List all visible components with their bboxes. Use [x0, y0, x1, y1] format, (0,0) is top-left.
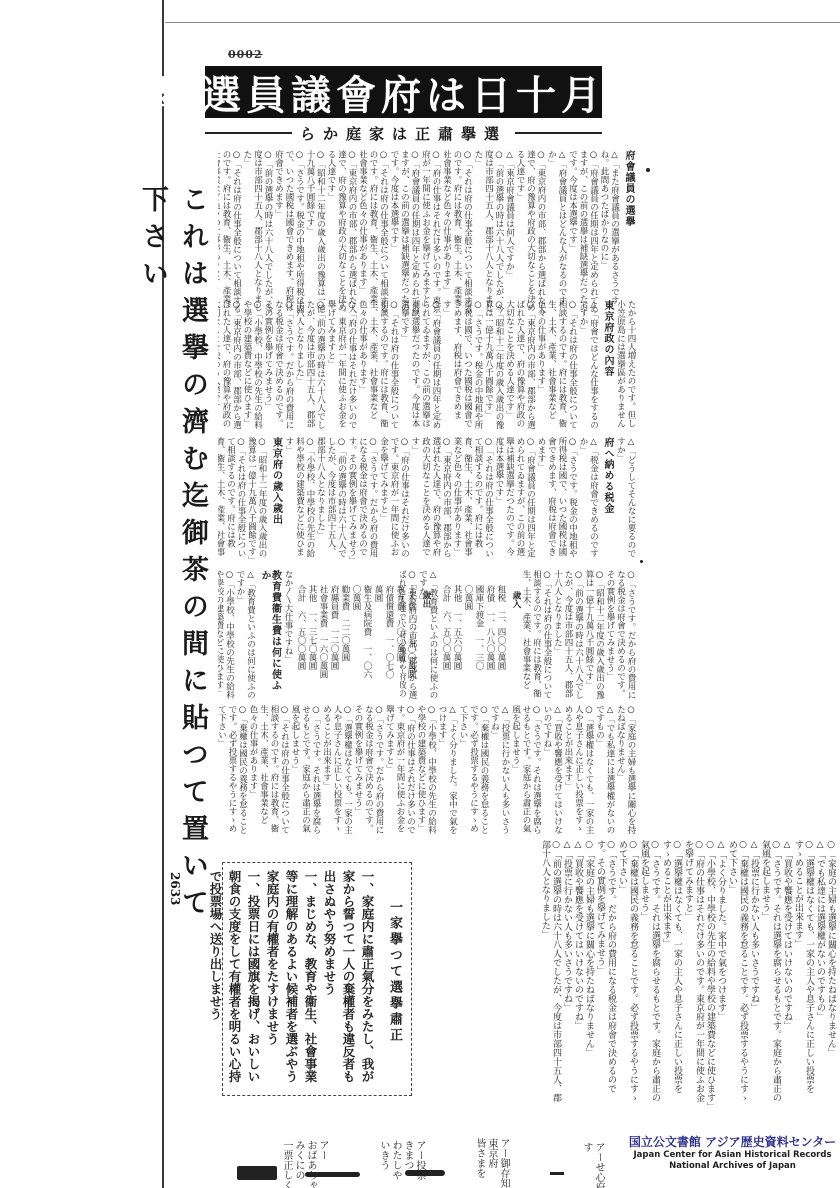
paragraph: ○「前の選擧の時は六十八人でしたが、今度は市部四十五人、郡部十八人となりました」: [242, 150, 274, 315]
paragraph: ○「さうです。税金の中地租や所得税は國で、いつた國税は國會できめます、府税は府會…: [536, 437, 578, 562]
paragraph: なか〳〵大仕事ですね」: [283, 570, 294, 700]
expenditure-value: 一、七〇〇萬圓: [406, 619, 416, 679]
paragraph: ○「小學校、中學校の先生の給料や學校の建築費などに使ひます」: [242, 300, 263, 430]
expenditure-value: 一六〇萬圓: [318, 636, 328, 679]
expenditure-label: 社會事業費: [318, 585, 328, 628]
expenditure-label: 合計: [296, 585, 306, 602]
paragraph: △「でも私達には選擧權がないのですもの」: [814, 840, 825, 1110]
archive-name-en-2: National Archives of Japan: [625, 1161, 840, 1172]
subheadline: 選擧肅正は家庭から: [205, 122, 602, 144]
paragraph: △「府會ではどんな仕事をするのですか」: [578, 300, 599, 430]
paragraph: たから十四人増えたのです。但し小笠原島には選擧區がありません: [615, 300, 636, 430]
paragraph: ○「棄權は國民の義務を怠ることです。必ず投票するやうにすゝめて下さい」: [616, 840, 638, 1110]
paragraph: △「府會議員とはどんな人がなるのですか」: [546, 150, 567, 315]
revenue-label: 租税: [496, 585, 506, 602]
section-heading: 東京府の歲入歲出: [267, 437, 284, 562]
subheadline-rule-right: [515, 132, 602, 134]
paragraph: ○「前の選擧の時は六十八人でしたが、今度は市部四十五人、郡部十八人となりました」: [315, 437, 347, 562]
paragraph: ○「それは府の仕事全般について相談するのです。府には教育、衞生、土木、產業、社會…: [218, 437, 246, 562]
paragraph: △「また府會議員の選擧があるさうですね。此間あつたばかりなのに」: [599, 150, 620, 315]
paragraph: ○「選擧權はなくても、一家の主人や息子さんに正しい投票をすゝめることが出來ます」: [563, 705, 595, 837]
paragraph: ○「府會議員の任期は四年と定められてゐますが、この前の選擧は補缺選擧だつたのです…: [389, 150, 421, 315]
expenditure-row: 社會事業費 一六〇萬圓: [317, 585, 328, 685]
expenditure-value: 一、三七〇萬圓: [307, 611, 317, 671]
paragraph: △「でも私達には選擧權がないのですもの」: [594, 705, 615, 837]
section-heading: 府へ納める税金: [599, 437, 616, 562]
paragraph: ○「さうです。だから府の費用になる税金は府會で決めるのです。その實例を擧げてみま…: [263, 300, 295, 430]
cartoon-figure-icon: [550, 1172, 564, 1175]
paragraph: △「東京府會議員は何人ですか」: [504, 150, 515, 315]
cartoon-caption: アー御存知 東京府 皆さまを: [473, 1138, 509, 1186]
revenue-value: 二、四〇〇萬圓: [496, 611, 506, 671]
revenue-label: 國庫下渡金: [474, 585, 484, 628]
paragraph: ○「府會議員の任期は四年と定められてゐますが、この前の選擧は補缺選擧だつたのです…: [399, 300, 441, 430]
print-speck: [640, 560, 643, 563]
archive-name-ja: 国立公文書館 アジア歴史資料センター: [625, 1133, 840, 1150]
revenue-label: 合計: [441, 585, 451, 602]
article-tier-2: たから十四人増えたのです。但し小笠原島には選擧區がありません 東京府政の內容 △…: [218, 300, 636, 430]
pledge-item: 一、まじめな、教育や衞生、社會事業等に理解のあるよい候補者を選ぶやう家庭内の有權…: [263, 870, 320, 1088]
paragraph: ○「小學校、中學校の先生の給料や學校の建築費などに使ひます」: [284, 437, 316, 562]
cartoon-strip: アーせ心府會 す アー御存知 東京府 皆さまを アー投票 きまつ わたしや いき…: [225, 1138, 615, 1188]
paragraph: ○「選擧權はなくても、一家の主人や息子さんに正しい投票をすゝめることが出來ます」: [792, 840, 814, 1110]
paragraph: ○「府の仕事はそれだけ多いのです。東京府が一年間に使ふお金を擧げてみますと」: [682, 840, 704, 1110]
paragraph: ○「さうです。税金の中地租や所得税は國で、いつた國税は國會できめます、府税は府會…: [273, 150, 305, 315]
expenditure-value: 八〇〇萬圓: [395, 619, 405, 662]
article-tier-3: △「どうしてそんなに要るのですか」 府へ納める税金 △「税金は府會できめるのです…: [218, 437, 636, 562]
paragraph: ○「前の選擧の時は六十八人でしたが、今度は市部四十五人、郡部十八人となりました」: [539, 840, 561, 1110]
expenditure-row: 府債償還費 一、〇七〇萬圓: [372, 585, 394, 685]
expenditure-value: 一二〇萬圓: [329, 628, 339, 671]
paragraph: ○「家庭の主婦も選擧に關心を持たねばなりません」: [825, 840, 836, 1110]
paragraph: ○「さうです。税金の中地租や所得税は國で、いつた國税は國會できめます、府税は府會…: [441, 300, 483, 430]
paragraph: ○「府の仕事はそれだけ多いのです。東京府が一年間に使ふお金を擧げてみますと」: [420, 150, 441, 315]
expenditure-row: 衞生及病院費 一、〇六〇萬圓: [350, 585, 372, 685]
section-heading: 府會議員の選擧: [620, 150, 637, 315]
expenditure-row: 合計 六、五〇〇萬圓: [295, 585, 306, 685]
article-tier-4-left: なか〳〵大仕事ですね」 教育費衞生費は何に使ふか △「教育費といふのは何に使ふの…: [218, 570, 293, 700]
revenue-row: 其他 一、五六〇萬圓: [451, 585, 462, 675]
subheadline-text: 選擧肅正は家庭から: [300, 123, 507, 144]
print-speck: [646, 168, 650, 172]
expenditure-label: 勸業費: [340, 585, 350, 611]
archive-name-en-1: Japan Center for Asian Historical Record…: [625, 1150, 840, 1161]
paragraph: ○「それは府の仕事全般について相談するのです。府には教育、衞生、土木、產業、社會…: [536, 300, 578, 430]
revenue-label: 其他: [452, 585, 462, 602]
print-speck: [186, 822, 188, 825]
paragraph: ○「さうです。だから府の費用になる税金は府會で決めるのです。その實例を擧げてみま…: [605, 570, 637, 700]
revenue-value: 六、五〇〇萬圓: [441, 611, 451, 671]
headline-banner: 六月十日は府會議員選擧: [205, 66, 602, 118]
paragraph: △「どうしてそんなに要るのですか」: [615, 437, 636, 562]
revenue-row: 租税 二、四〇〇萬圓: [495, 585, 506, 675]
paragraph: ○「選擧權はなくても、一家の主人や息子さんに正しい投票をすゝめることが出來ます」: [660, 840, 682, 1110]
paragraph: △「税金は府會できめるのですか」: [578, 437, 599, 562]
section-heading: 東京府政の內容: [599, 300, 616, 430]
paragraph: ○「昭和十二年度の歲入歲出の豫算は一億十九萬八千圓餘です」: [483, 300, 504, 430]
expenditure-label: 衞生及病院費: [362, 585, 372, 636]
paragraph: ○「府の仕事はそれだけ多いのです。東京府が一年間に使ふお金を擧げてみますと」: [378, 437, 410, 562]
lower-article-columns: ○「家庭の主婦も選擧に關心を持たねばなりません」 △「でも私達には選擧權がないの…: [416, 840, 836, 1110]
paragraph: ○「東京府内の市部、郡部から選ばれた人達で、府の豫算や府政の大切なことを決める人…: [515, 150, 547, 315]
revenue-value: 一、五六〇萬圓: [452, 611, 462, 671]
revenue-row: 國庫下渡金 一、三〇〇萬圓: [462, 585, 484, 675]
paragraph: ○「それは府の仕事全般について相談するのです。府には教育、衞生、土木、產業、社會…: [441, 150, 473, 315]
paragraph: △「よく分りました。家中で氣をつけます」: [437, 705, 458, 837]
cartoon-caption: アーせ心府會 す: [580, 1142, 604, 1186]
paragraph: △「投票に行かない人も多いさうですね」: [561, 840, 572, 1110]
subheadline-rule-left: [205, 132, 292, 134]
paragraph: ○「小學校、中學校の先生の給料や學校の建築費などに使ひます」: [218, 570, 235, 700]
revenue-label: 府債: [485, 585, 495, 602]
page-code: 2633: [168, 872, 182, 905]
page-top-border: [165, 22, 840, 23]
paragraph: ○「それは府の仕事全般について相談するのです。府には教育、衞生、土木、產業、社會…: [248, 705, 290, 837]
paragraph: ○「それは府の仕事全般について相談するのです。府には教育、衞生、土木、產業、社會…: [218, 150, 242, 315]
expenditure-table-title: 歲出: [416, 585, 435, 685]
paragraph: ○「さうです。だから府の費用になる税金は府會で決めるのです。その實例を擧げてみま…: [347, 437, 379, 562]
pledge-item: 一、家庭内に肅正氣分をみたし、我が家から誓つて一人の棄權者も違反者も出さぬやう努…: [320, 870, 377, 1088]
expenditure-row: 教育費 八〇〇萬圓: [394, 585, 405, 685]
paragraph: ○「前の選擧の時は六十八人でしたが、今度は市部四十五人、郡部十八人となりました」: [294, 300, 326, 430]
paragraph: ○「棄權は國民の義務を怠ることです。必ず投票するやうにすゝめて下さい」: [218, 705, 248, 837]
paragraph: ○「東京府内の市部、郡部から選ばれた人達で、府の豫算や府政の大切なことを決める人…: [218, 300, 242, 430]
paragraph: ○「棄權は國民の義務を怠ることです。必ず投票するやうにすゝめて下さい」: [726, 840, 748, 1110]
cartoon-figure-icon: [237, 1166, 277, 1180]
page-left-border: [162, 0, 164, 1188]
expenditure-table: 歲出 土木費 一、七〇〇萬圓 教育費 八〇〇萬圓 府債償還費 一、〇七〇萬圓 衞…: [295, 585, 435, 685]
archive-watermark: 国立公文書館 アジア歴史資料センター Japan Center for Asia…: [625, 1133, 840, 1172]
vertical-notice-banner: これは選擧の濟む迄御茶の間に貼つて置いて下さい: [172, 185, 212, 945]
paragraph: ○「さうです。それは選擧を腐らせるもとです。家庭から肅正の氣風を起しませう」: [638, 840, 660, 1110]
paragraph: ○「それは府の仕事全般について相談するのです。府には教育、衞生、土木、產業、社會…: [452, 437, 494, 562]
expenditure-label: 教育費: [395, 585, 405, 611]
paragraph: ○「東京府内の市部、郡部から選ばれた人達で、府の豫算や府政の大切なことを決める人…: [504, 300, 536, 430]
pledge-box-title: 一家擧つて選擧肅正: [385, 870, 404, 1088]
paragraph: △「買收や饗應を受けてはいけないのですね」: [542, 705, 563, 837]
article-tier-1: 府會議員の選擧 △「また府會議員の選擧があるさうですね。此間あつたばかりなのに」…: [218, 150, 636, 315]
paragraph: ○「棄權は國民の義務を怠ることです。必ず投票するやうにすゝめて下さい」: [458, 705, 490, 837]
paragraph: ○「さうです。それは選擧を腐らせるもとです。家庭から肅正の氣風を起しませう」: [290, 705, 322, 837]
revenue-value: 一、八八〇萬圓: [485, 611, 495, 671]
expenditure-row: 其他 一、三七〇萬圓: [306, 585, 317, 685]
pledge-box: 一家擧つて選擧肅正 一、家庭内に肅正氣分をみたし、我が家から誓つて一人の棄權者も…: [232, 870, 404, 1088]
paragraph: ○「選擧權はなくても、一家の主人や息子さんに正しい投票をすゝめることが出來ます」: [321, 705, 353, 837]
paragraph: ○「小學校、中學校の先生の給料や學校の建築費などに使ひます」: [704, 840, 715, 1110]
paragraph: ○「小學校、中學校の先生の給料や學校の建築費などに使ひます」: [416, 705, 437, 837]
paragraph: ○「東京府内の市部、郡部から選ばれた人達で、府の豫算や府政の大切なことを決める人…: [410, 437, 452, 562]
expenditure-row: 土木費 一、七〇〇萬圓: [405, 585, 416, 685]
paragraph: ○「家庭の主婦も選擧に關心を持たねばなりません」: [615, 705, 636, 837]
revenue-table: 歲入 租税 二、四〇〇萬圓 府債 一、八八〇萬圓 國庫下渡金 一、三〇〇萬圓 其…: [440, 585, 525, 675]
expenditure-label: 其他: [307, 585, 317, 602]
section-heading: 教育費衞生費は何に使ふか: [256, 570, 283, 700]
paragraph: △「投票に行かない人も多いさうですね」: [748, 840, 759, 1110]
paragraph: ○「東京府内の市部、郡部から選ばれた人達で、府の豫算や府政の大切なことを決める人…: [326, 150, 358, 315]
paragraph: ○「昭和十二年度の歲入歲出の豫算は一億十九萬八千圓餘です」: [584, 570, 605, 700]
expenditure-value: 二二〇萬圓: [340, 619, 350, 662]
paragraph: ○「さうです。それは選擧を腐らせるもとです。家庭から肅正の氣風を起しませう」: [510, 705, 542, 837]
paragraph: △「教育費といふのは何に使ふのですか」: [235, 570, 256, 700]
expenditure-value: 六、五〇〇萬圓: [296, 611, 306, 671]
expenditure-label: 土木費: [406, 585, 416, 611]
expenditure-label: 府債償還費: [384, 585, 394, 628]
paragraph: ○「前の選擧の時は六十八人でしたが、今度は市部四十五人、郡部十八人となりました」: [473, 150, 505, 315]
article-tier-4-right: ○「さうです。だから府の費用になる税金は府會で決めるのです。その實例を擧げてみま…: [520, 570, 636, 700]
paragraph: ○「家庭の主婦も選擧に關心を持たねばなりません」: [583, 840, 594, 1110]
revenue-row: 合計 六、五〇〇萬圓: [440, 585, 451, 675]
expenditure-label: 府縣員費: [329, 585, 339, 619]
paragraph: ○「前の選擧の時は六十八人でしたが、今度は市部四十五人、郡部十八人となりました」: [552, 570, 584, 700]
article-tier-5: ○「家庭の主婦も選擧に關心を持たねばなりません」 △「でも私達には選擧權がないの…: [218, 705, 636, 837]
paragraph: ○「府會議員の任期は四年と定められてゐますが、この前の選擧は補缺選擧だつたのです…: [567, 150, 599, 315]
revenue-table-title: 歲入: [506, 585, 525, 675]
paragraph: ○「昭和十二年度の歲入歲出の豫算は一億十九萬八千圓餘です」: [305, 150, 326, 315]
page-number: 0002: [228, 48, 263, 61]
paragraph: ○「府の仕事はそれだけ多いのです。東京府が一年間に使ふお金を擧げてみますと」: [384, 705, 416, 837]
paragraph: ○「さうです。だから府の費用になる税金は府會で決めるのです。その實例を擧げてみま…: [353, 705, 385, 837]
expenditure-row: 勸業費 二二〇萬圓: [339, 585, 350, 685]
headline-title: 六月十日は府會議員選擧: [156, 64, 651, 121]
paragraph: ○「さうです。だから府の費用になる税金は府會で決めるのです。その實例を擧げてみま…: [594, 840, 616, 1110]
paragraph: △「買收や饗應を受けてはいけないのですね」: [572, 840, 583, 1110]
paragraph: ○「さうです。それは選擧を腐らせるもとです。家庭から肅正の氣風を起しませう」: [759, 840, 781, 1110]
paragraph: △「投票に行かない人も多いさうですね」: [489, 705, 510, 837]
expenditure-row: 府縣員費 一二〇萬圓: [328, 585, 339, 685]
cartoon-caption: アー おばあちゃん みくにの 一票正しく: [280, 1140, 328, 1188]
cartoon-caption: アー投票 きまつ わたしや いきう: [377, 1140, 425, 1188]
pledge-item: 一、投票日には國旗を揭げ、おいしい朝食の支度をして有權者を明るい心持で投票場へ送…: [206, 870, 263, 1088]
paragraph: ○「昭和十二年度の歲入歲出の豫算は一億十九萬八千圓餘です」: [246, 437, 267, 562]
paragraph: ○「府の仕事はそれだけ多いのです。東京府が一年間に使ふお金を擧げてみますと」: [326, 300, 358, 430]
paragraph: ○「府會議員の任期は四年と定められてゐますが、この前の選擧は補缺選擧だつたのです…: [494, 437, 536, 562]
paragraph: ○「それは府の仕事全般について相談するのです。府には教育、衞生、土木、產業、社會…: [357, 300, 399, 430]
paragraph: ○「それは府の仕事全般について相談するのです。府には教育、衞生、土木、產業、社會…: [357, 150, 389, 315]
paragraph: △「買收や饗應を受けてはいけないのですね」: [781, 840, 792, 1110]
paragraph: △「よく分りました。家中で氣をつけます」: [715, 840, 726, 1110]
revenue-row: 府債 一、八八〇萬圓: [484, 585, 495, 675]
